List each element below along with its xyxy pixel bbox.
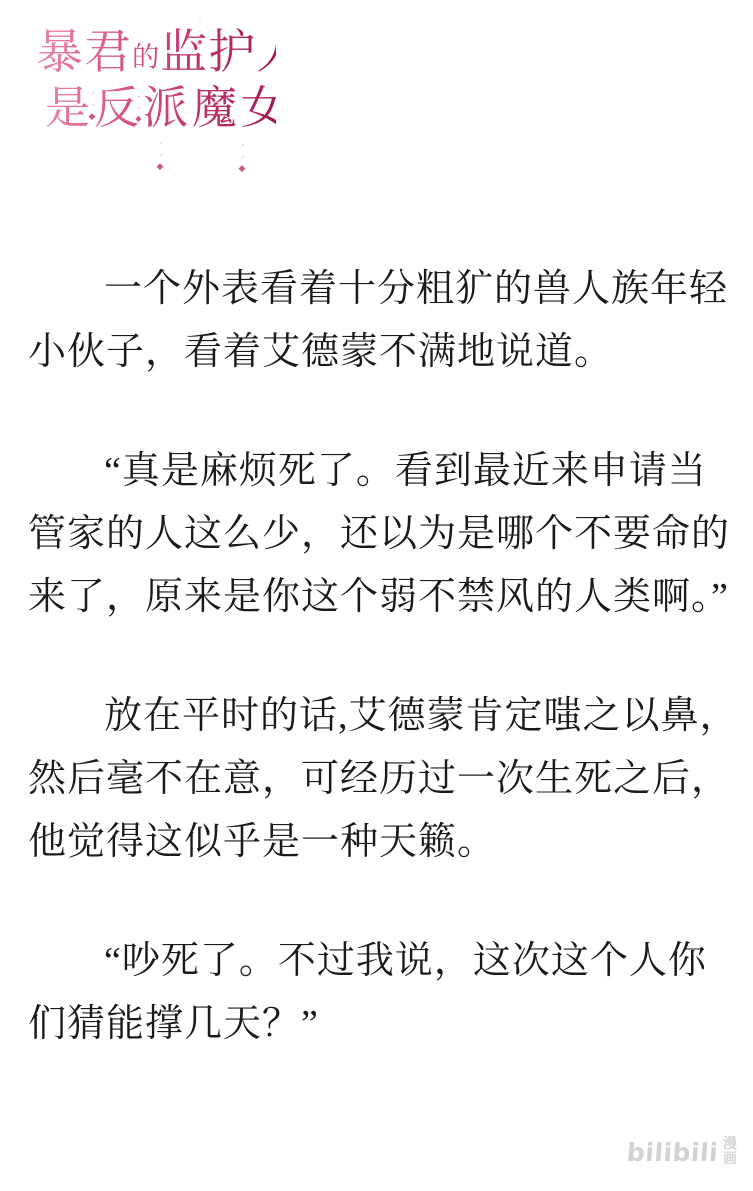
text-line: 们猜能撑几天？” — [28, 993, 725, 1056]
paragraph: “真是麻烦死了。看到最近来申请当 管家的人这么少，还以为是哪个不要命的 来了，原… — [28, 440, 725, 629]
logo-line-1: 暴君的监护人 — [36, 22, 276, 83]
page-canvas[interactable]: 暴君的监护人 是反派魔女 ∙∙◆ ∙∙◆ ∙∙◆ ∙∙◆ ∙∙◆ 一个外表看着十… — [0, 0, 753, 1191]
diamond-pendant-icon: ∙∙◆ — [156, 138, 165, 174]
text-line: 小伙子，看着艾德蒙不满地说道。 — [28, 321, 725, 384]
bilibili-logo-text: bilibili — [626, 1140, 719, 1165]
text-line: “吵死了。不过我说，这次这个人你 — [28, 930, 725, 993]
comic-label-char: 画 — [723, 1152, 737, 1167]
paragraph: 放在平时的话,艾德蒙肯定嗤之以鼻， 然后毫不在意，可经历过一次生死之后， 他觉得… — [28, 685, 725, 874]
logo-line-2: 是反派魔女 — [36, 83, 276, 141]
text-line: 一个外表看着十分粗犷的兽人族年轻 — [28, 258, 725, 321]
text-line: 他觉得这似乎是一种天籁。 — [28, 811, 725, 874]
chapter-text: 一个外表看着十分粗犷的兽人族年轻 小伙子，看着艾德蒙不满地说道。 “真是麻烦死了… — [28, 258, 725, 1056]
bilibili-watermark: bilibili 漫 画 — [627, 1137, 737, 1167]
text-line: “真是麻烦死了。看到最近来申请当 — [28, 440, 725, 503]
logo-line1-suffix: 监护人 — [160, 25, 304, 80]
diamond-pendant-icon: ∙∙◆ — [238, 140, 247, 176]
text-line: 然后毫不在意，可经历过一次生死之后， — [28, 748, 725, 811]
text-line: 来了，原来是你这个弱不禁风的人类啊。” — [28, 566, 725, 629]
paragraph: 一个外表看着十分粗犷的兽人族年轻 小伙子，看着艾德蒙不满地说道。 — [28, 258, 725, 384]
diamond-pendant-icon: ∙∙◆ — [134, 92, 142, 125]
comic-label-char: 漫 — [723, 1137, 737, 1152]
text-line: 管家的人这么少，还以为是哪个不要命的 — [28, 503, 725, 566]
paragraph: “吵死了。不过我说，这次这个人你 们猜能撑几天？” — [28, 930, 725, 1056]
diamond-pendant-icon: ∙∙◆ — [88, 88, 97, 124]
series-logo: 暴君的监护人 是反派魔女 ∙∙◆ ∙∙◆ ∙∙◆ ∙∙◆ ∙∙◆ — [36, 22, 276, 141]
text-line: 放在平时的话,艾德蒙肯定嗤之以鼻， — [28, 685, 725, 748]
logo-line1-prefix: 暴君 — [36, 25, 132, 80]
diamond-pendant-icon: ∙∙◆ — [196, 18, 203, 48]
logo-line1-particle: 的 — [132, 42, 160, 73]
comic-label: 漫 画 — [723, 1137, 737, 1167]
